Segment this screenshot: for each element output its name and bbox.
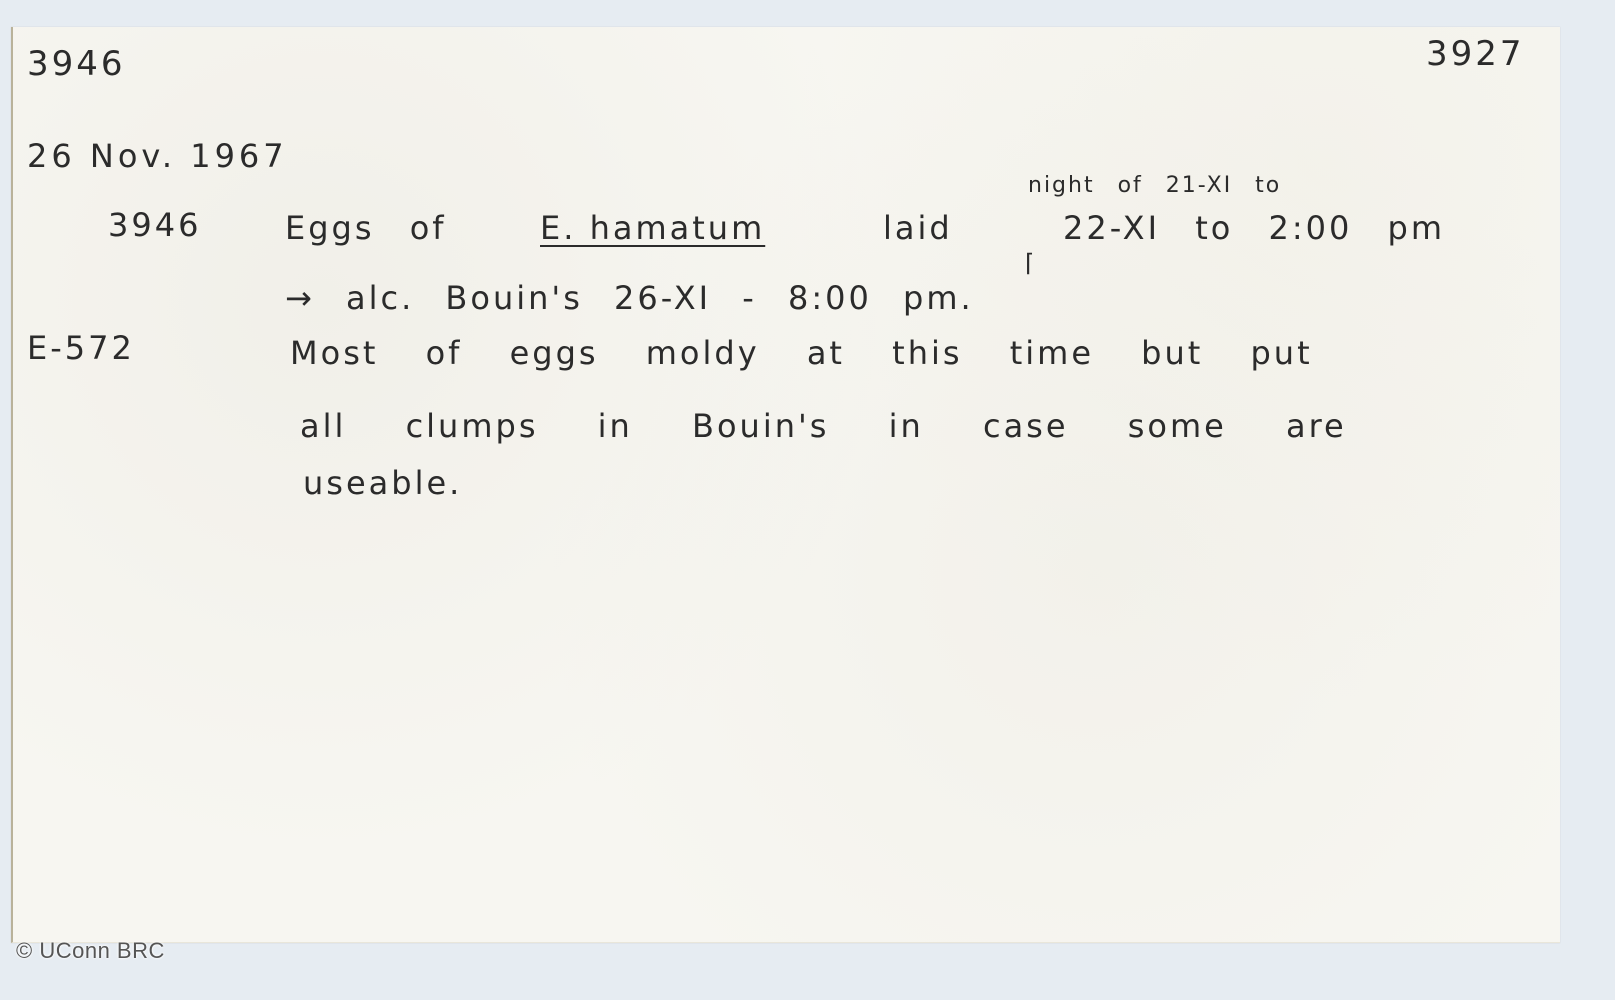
note-line-2: all clumps in Bouin's in case some are [300, 410, 1347, 442]
index-card: 3946 3927 26 Nov. 1967 3946 Eggs of E. h… [11, 27, 1560, 943]
species-name: E. hamatum [540, 212, 765, 244]
catalog-code: E-572 [27, 332, 135, 364]
note-line-1: Most of eggs moldy at this time but put [290, 337, 1313, 369]
entry-number: 3946 [108, 209, 201, 241]
laid-label: laid [883, 212, 953, 244]
top-left-number: 3946 [27, 47, 126, 81]
copyright-watermark: © UConn BRC [16, 938, 165, 964]
top-right-number: 3927 [1426, 37, 1525, 71]
note-line-3: useable. [303, 467, 462, 499]
insertion-caret-icon: ⌈ [1025, 249, 1034, 277]
fixation-line: → alc. Bouin's 26-XI - 8:00 pm. [285, 282, 974, 314]
date-range: 22-XI to 2:00 pm [1063, 212, 1445, 244]
date: 26 Nov. 1967 [27, 140, 288, 172]
eggs-of-label: Eggs of [285, 212, 447, 244]
insertion-above: night of 21-XI to [1028, 175, 1281, 197]
